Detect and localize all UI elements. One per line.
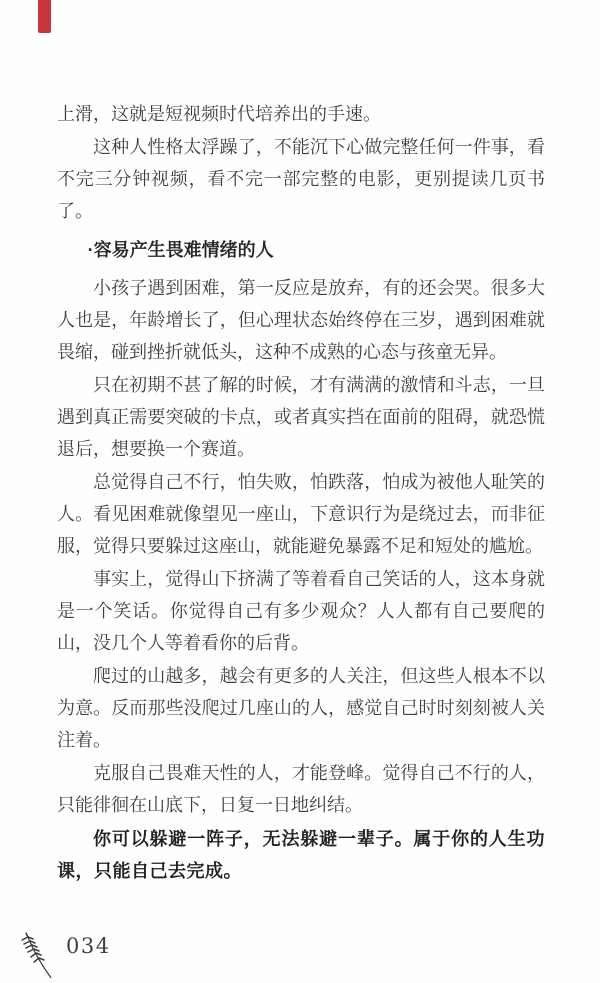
paragraph: 总觉得自己不行，怕失败，怕跌落，怕成为被他人耻笑的人。看见困难就像望见一座山，下… [57,466,545,562]
paragraph: 小孩子遇到困难，第一反应是放弃，有的还会哭。很多大人也是，年龄增长了，但心理状态… [57,272,545,368]
bookmark-ribbon[interactable] [38,0,51,33]
page-footer: 034 [20,928,111,983]
paragraph: 爬过的山越多，越会有更多的人关注，但这些人根本不以为意。反而那些没爬过几座山的人… [57,660,545,756]
emphasis-paragraph: 你可以躲避一阵子，无法躲避一辈子。属于你的人生功课，只能自己去完成。 [57,823,545,887]
wheat-branch-icon [20,932,54,983]
paragraph: 克服自己畏难天性的人，才能登峰。觉得自己不行的人，只能徘徊在山底下，日复一日地纠… [57,757,545,821]
paragraph: 事实上，觉得山下挤满了等着看自己笑话的人，这本身就是一个笑话。你觉得自己有多少观… [57,563,545,659]
paragraph: 只在初期不甚了解的时候，才有满满的激情和斗志，一旦遇到真正需要突破的卡点，或者真… [57,369,545,465]
page-number: 034 [66,934,111,958]
paragraph: 这种人性格太浮躁了，不能沉下心做完整任何一件事，看不完三分钟视频，看不完一部完整… [57,131,545,227]
section-heading: ·容易产生畏难情绪的人 [57,234,545,266]
page-text: 上滑，这就是短视频时代培养出的手速。 这种人性格太浮躁了，不能沉下心做完整任何一… [57,98,545,888]
paragraph: 上滑，这就是短视频时代培养出的手速。 [57,98,545,130]
book-page: 上滑，这就是短视频时代培养出的手速。 这种人性格太浮躁了，不能沉下心做完整任何一… [0,0,600,983]
